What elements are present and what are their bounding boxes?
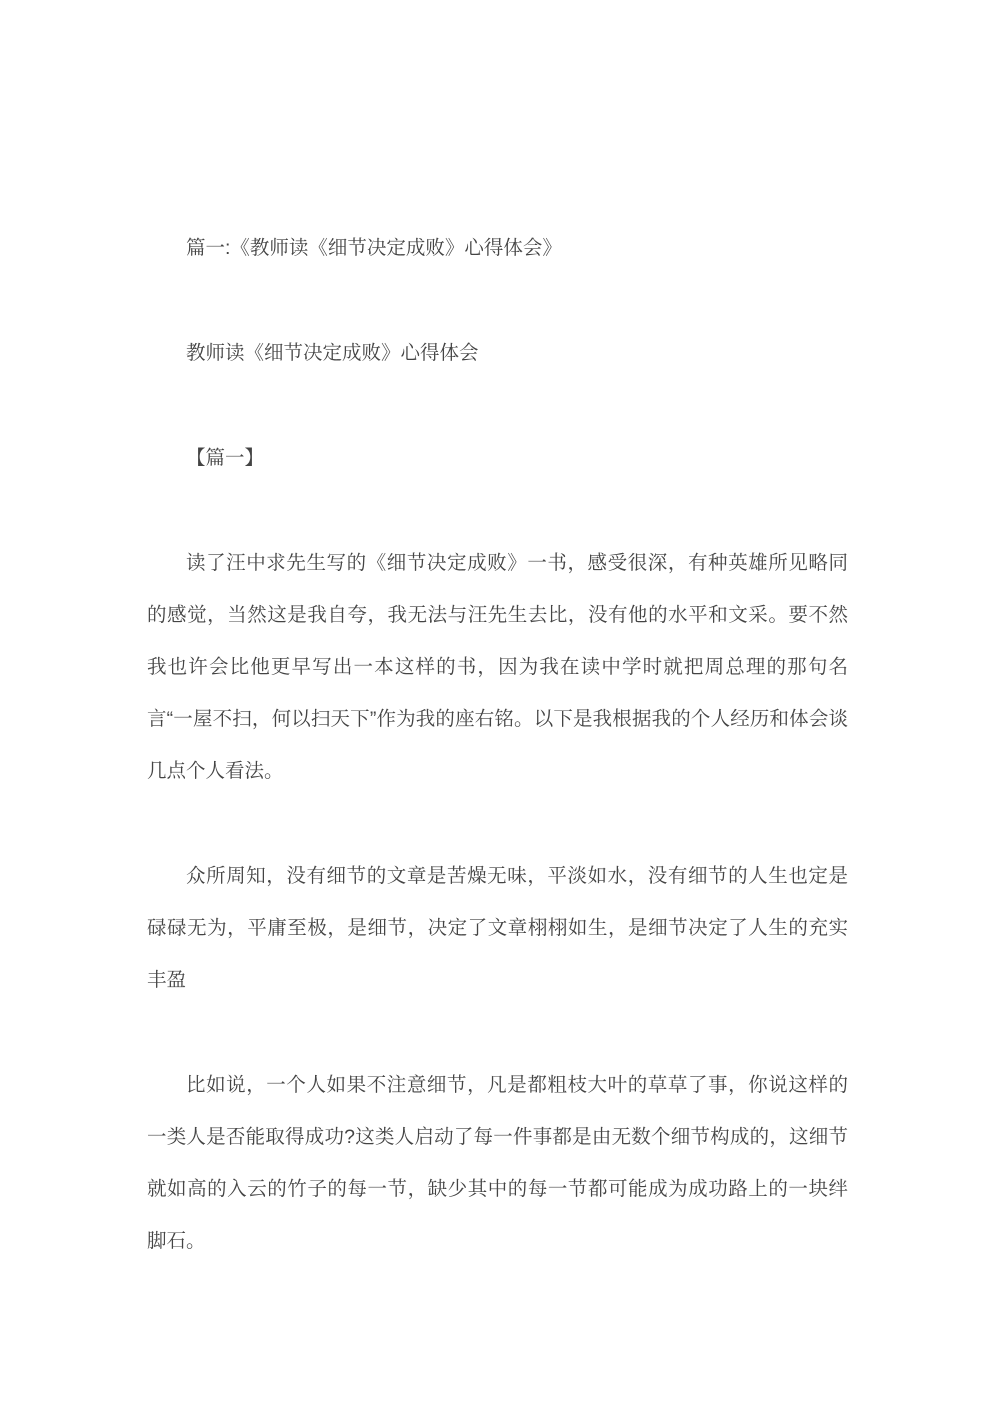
document-page: 篇一:《教师读《细节决定成败》心得体会》 教师读《细节决定成败》心得体会 【篇一…	[0, 0, 993, 1404]
body-paragraph-1: 读了汪中求先生写的《细节决定成败》一书，感受很深，有种英雄所见略同的感觉，当然这…	[147, 537, 848, 797]
body-paragraph-3: 比如说，一个人如果不注意细节，凡是都粗枝大叶的草草了事，你说这样的一类人是否能取…	[147, 1059, 848, 1267]
document-subtitle-line: 教师读《细节决定成败》心得体会	[147, 327, 848, 379]
document-title-line: 篇一:《教师读《细节决定成败》心得体会》	[147, 222, 848, 274]
body-paragraph-2: 众所周知，没有细节的文章是苦燥无味，平淡如水，没有细节的人生也定是碌碌无为，平庸…	[147, 850, 848, 1006]
section-marker: 【篇一】	[147, 432, 848, 484]
